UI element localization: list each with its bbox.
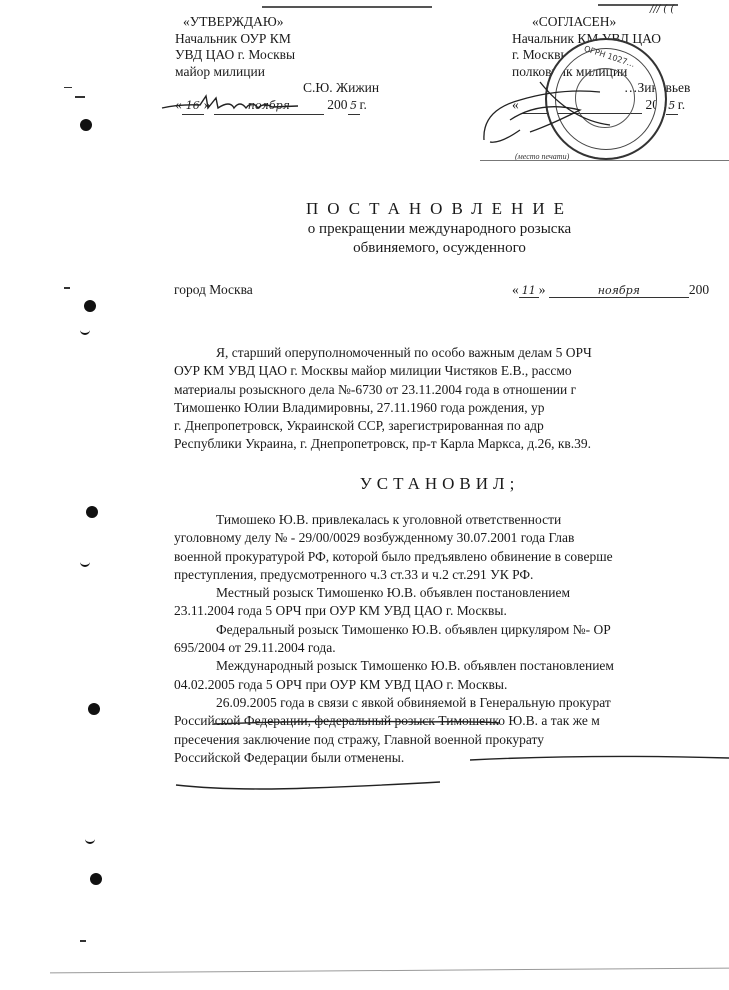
intro-line: Тимошенко Юлии Владимировны, 27.11.1960 … bbox=[174, 399, 729, 417]
finding-line: Федеральный розыск Тимошенко Ю.В. объявл… bbox=[174, 621, 729, 639]
finding-line: 695/2004 от 29.11.2004 года. bbox=[174, 639, 729, 657]
finding-line: Местный розыск Тимошенко Ю.В. объявлен п… bbox=[174, 584, 729, 602]
approval-date-year-digit: 5 bbox=[348, 98, 360, 116]
document-subtitle-line1: о прекращении международного розыска bbox=[150, 220, 729, 239]
document-date-month: ноября bbox=[549, 284, 689, 298]
approval-heading: «УТВЕРЖДАЮ» bbox=[175, 14, 435, 31]
approval-position-line: УВД ЦАО г. Москвы bbox=[175, 47, 435, 64]
margin-mark bbox=[80, 561, 90, 567]
intro-line: Республики Украина, г. Днепропетровск, п… bbox=[174, 435, 729, 453]
approval-date-suffix: г. bbox=[360, 97, 367, 112]
agreement-date-suffix: г. bbox=[678, 97, 685, 112]
margin-mark bbox=[80, 329, 90, 335]
approval-rank-line: майор милиции bbox=[175, 64, 435, 81]
punch-hole bbox=[86, 506, 98, 518]
approval-position-line: Начальник ОУР КМ bbox=[175, 31, 435, 48]
document-date: «11» ноября200 bbox=[512, 282, 709, 298]
margin-mark bbox=[64, 287, 70, 289]
finding-line: Тимошеко Ю.В. привлекалась к уголовной о… bbox=[174, 511, 729, 529]
intro-line: материалы розыскного дела №-6730 от 23.1… bbox=[174, 381, 729, 399]
punch-hole bbox=[84, 300, 96, 312]
intro-line: г. Днепропетровск, Украинской ССР, зарег… bbox=[174, 417, 729, 435]
margin-mark bbox=[85, 838, 95, 844]
document-title-block: ПОСТАНОВЛЕНИЕ о прекращении международно… bbox=[150, 198, 729, 258]
document-title: ПОСТАНОВЛЕНИЕ bbox=[150, 198, 729, 220]
intro-line: Я, старший оперуполномоченный по особо в… bbox=[174, 344, 729, 362]
document-subtitle-line2: обвиняемого, осужденного bbox=[150, 239, 729, 258]
finding-line: 23.11.2004 года 5 ОРЧ при ОУР КМ УВД ЦАО… bbox=[174, 602, 729, 620]
intro-line: ОУР КМ УВД ЦАО г. Москвы майор милиции Ч… bbox=[174, 362, 729, 380]
punch-hole bbox=[90, 873, 102, 885]
agreement-date-year-digit: 5 bbox=[666, 98, 678, 116]
finding-line: 04.02.2005 года 5 ОРЧ при ОУР КМ УВД ЦАО… bbox=[174, 676, 729, 694]
handwritten-underline bbox=[170, 700, 729, 800]
page-bottom-edge bbox=[50, 968, 729, 974]
finding-line: преступления, предусмотренного ч.3 ст.33… bbox=[174, 566, 729, 584]
margin-mark bbox=[75, 96, 85, 98]
scan-artifact-line bbox=[262, 6, 432, 8]
intro-paragraph: Я, старший оперуполномоченный по особо в… bbox=[174, 344, 729, 454]
agreement-heading: «СОГЛАСЕН» bbox=[512, 14, 729, 31]
document-date-day: 11 bbox=[519, 284, 539, 298]
margin-mark bbox=[80, 940, 86, 942]
punch-hole bbox=[88, 703, 100, 715]
finding-line: военной прокуратурой РФ, которой было пр… bbox=[174, 548, 729, 566]
corner-note: /// ( ( bbox=[650, 4, 674, 15]
stamp-baseline bbox=[480, 160, 729, 161]
document-date-year: 200 bbox=[689, 282, 709, 297]
approval-date-year-prefix: 200 bbox=[327, 97, 347, 112]
stamp-text: ОГРН 1027… bbox=[583, 44, 636, 69]
approval-signature bbox=[160, 92, 300, 116]
document-place: город Москва bbox=[174, 282, 253, 298]
margin-mark bbox=[64, 87, 72, 88]
section-heading: УСТАНОВИЛ; bbox=[150, 474, 729, 494]
finding-line: Международный розыск Тимошенко Ю.В. объя… bbox=[174, 657, 729, 675]
finding-line: уголовному делу № - 29/00/0029 возбужден… bbox=[174, 529, 729, 547]
punch-hole bbox=[80, 119, 92, 131]
agreement-signature bbox=[480, 70, 660, 150]
